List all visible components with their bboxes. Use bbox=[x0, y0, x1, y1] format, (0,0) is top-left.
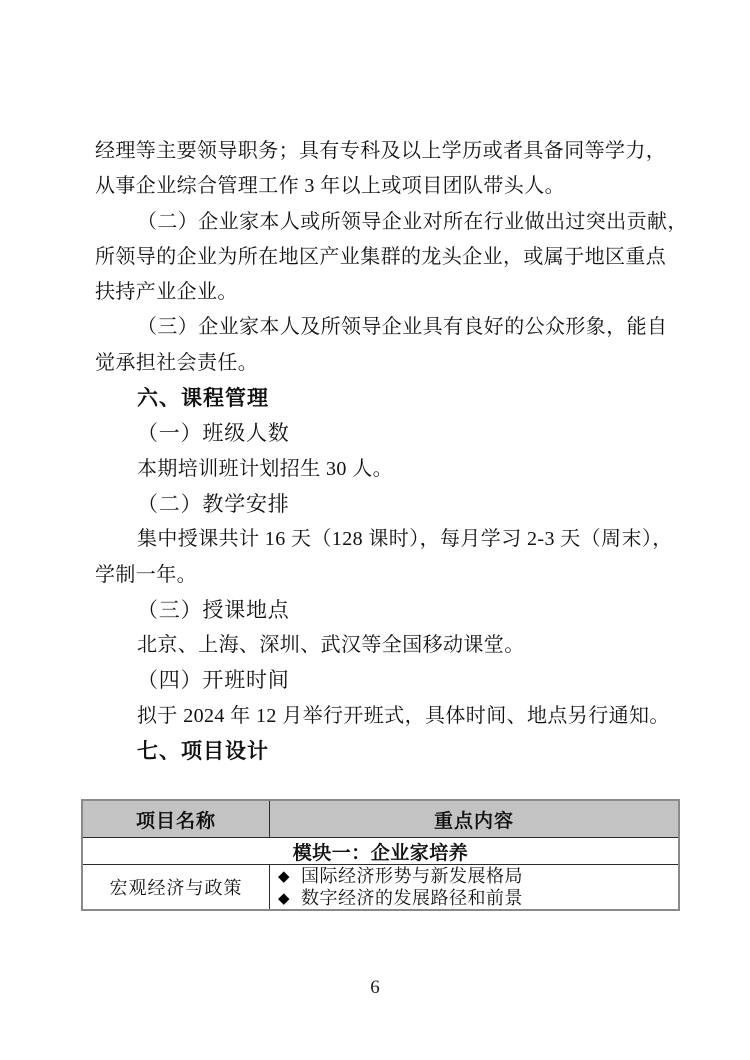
body-line: 拟于 2024 年 12 月举行开班式，具体时间、地点另行通知。 bbox=[95, 699, 670, 734]
subsection-heading-class-size: （一）班级人数 bbox=[95, 416, 670, 451]
subsection-heading-start-time: （四）开班时间 bbox=[95, 663, 670, 698]
body-line: 觉承担社会责任。 bbox=[95, 346, 670, 381]
document-page: 经理等主要领导职务；具有专科及以上学历或者具备同等学力， 从事企业综合管理工作 … bbox=[0, 0, 750, 1060]
table-row: 宏观经济与政策 ◆ 国际经济形势与新发展格局 ◆ 数字经济的发展路径和前景 bbox=[83, 865, 678, 909]
table-header-project-name: 项目名称 bbox=[83, 801, 270, 837]
body-line: （二）企业家本人或所领导企业对所在行业做出过突出贡献， bbox=[95, 205, 670, 240]
body-line: 集中授课共计 16 天（128 课时），每月学习 2-3 天（周末）， bbox=[95, 522, 670, 557]
section-heading-course-management: 六、课程管理 bbox=[95, 381, 670, 416]
diamond-bullet-icon: ◆ bbox=[278, 887, 290, 909]
bullet-item: ◆ 国际经济形势与新发展格局 bbox=[278, 865, 678, 887]
body-line: 从事企业综合管理工作 3 年以上或项目团队带头人。 bbox=[95, 169, 670, 204]
body-line: （三）企业家本人及所领导企业具有良好的公众形象，能自 bbox=[95, 310, 670, 345]
table-cell-project-name: 宏观经济与政策 bbox=[83, 865, 270, 909]
bullet-item-text: 数字经济的发展路径和前景 bbox=[301, 887, 523, 909]
section-heading-project-design: 七、项目设计 bbox=[95, 734, 670, 769]
body-line: 本期培训班计划招生 30 人。 bbox=[95, 452, 670, 487]
table-module-row: 模块一：企业家培养 bbox=[83, 838, 678, 865]
page-number: 6 bbox=[0, 977, 750, 999]
diamond-bullet-icon: ◆ bbox=[278, 865, 290, 887]
table-cell-key-content: ◆ 国际经济形势与新发展格局 ◆ 数字经济的发展路径和前景 bbox=[270, 865, 678, 909]
body-line: 学制一年。 bbox=[95, 558, 670, 593]
body-line: 所领导的企业为所在地区产业集群的龙头企业，或属于地区重点 bbox=[95, 240, 670, 275]
bullet-item: ◆ 数字经济的发展路径和前景 bbox=[278, 887, 678, 909]
body-text: 经理等主要领导职务；具有专科及以上学历或者具备同等学力， 从事企业综合管理工作 … bbox=[95, 134, 670, 769]
body-line: 北京、上海、深圳、武汉等全国移动课堂。 bbox=[95, 628, 670, 663]
subsection-heading-location: （三）授课地点 bbox=[95, 593, 670, 628]
table-header-row: 项目名称 重点内容 bbox=[83, 801, 678, 838]
project-design-table: 项目名称 重点内容 模块一：企业家培养 宏观经济与政策 ◆ 国际经济形势与新发展… bbox=[81, 799, 680, 911]
table-header-key-content: 重点内容 bbox=[270, 801, 678, 837]
subsection-heading-teaching-schedule: （二）教学安排 bbox=[95, 487, 670, 522]
bullet-item-text: 国际经济形势与新发展格局 bbox=[301, 865, 523, 887]
body-line: 经理等主要领导职务；具有专科及以上学历或者具备同等学力， bbox=[95, 134, 670, 169]
body-line: 扶持产业企业。 bbox=[95, 275, 670, 310]
